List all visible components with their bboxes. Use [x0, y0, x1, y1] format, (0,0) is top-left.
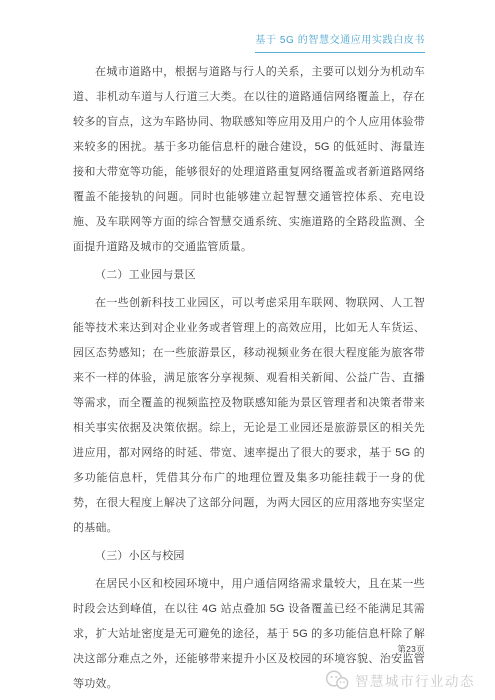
document-body: 在城市道路中，根据与道路与行人的关系，主要可以划分为机动车道、非机动车道与人行道… — [73, 53, 425, 697]
document-page: 基于 5G 的智慧交通应用实践白皮书 在城市道路中，根据与道路与行人的关系，主要… — [0, 0, 495, 700]
page-number: 第23页 — [397, 643, 425, 655]
account-name: 智慧城市行业动态 — [355, 670, 475, 690]
page-header: 基于 5G 的智慧交通应用实践白皮书 — [73, 30, 425, 53]
paragraph-city-roads: 在城市道路中，根据与道路与行人的关系，主要可以划分为机动车道、非机动车道与人行道… — [73, 60, 425, 260]
section-heading-industrial-park: （二）工业园与景区 — [73, 263, 425, 288]
account-watermark: 智慧城市行业动态 — [325, 670, 475, 690]
paragraph-industrial-park: 在一些创新科技工业园区，可以考虑采用车联网、物联网、人工智能等技术来达到对企业业… — [73, 291, 425, 541]
wechat-logo-icon — [325, 670, 349, 690]
running-header-title: 基于 5G 的智慧交通应用实践白皮书 — [255, 34, 425, 53]
section-heading-community-campus: （三）小区与校园 — [73, 544, 425, 569]
